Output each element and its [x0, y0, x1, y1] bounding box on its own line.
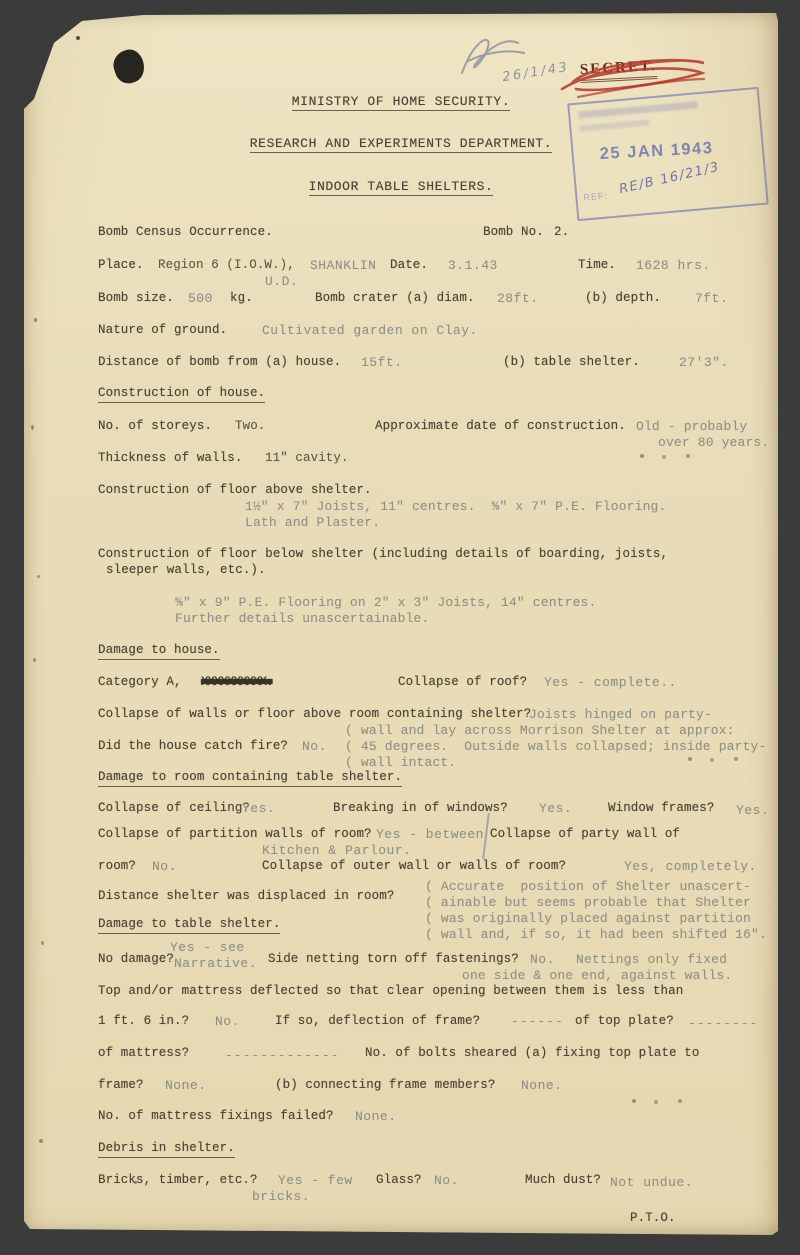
displaced-value: ( was originally placed against partitio… [425, 911, 751, 926]
floor-below-label: sleeper walls, etc.). [106, 563, 266, 578]
category-label: Category A, [98, 675, 182, 690]
glass-label: Glass? [376, 1173, 422, 1188]
date-construction-value: over 80 years. [658, 435, 769, 450]
ministry-title: MINISTRY OF HOME SECURITY. [292, 94, 510, 111]
date-label: Date. [390, 258, 428, 273]
census-label: Bomb Census Occurrence. [98, 225, 273, 240]
margin-speck [37, 575, 40, 578]
date-construction-value: Old - probably [636, 419, 747, 434]
place-value: Region 6 (I.O.W.), [158, 258, 295, 273]
ground-label: Nature of ground. [98, 323, 227, 338]
stamp-faded-line [579, 120, 649, 132]
floor-above-value: Lath and Plaster. [245, 515, 380, 530]
top-plate-label: of top plate? [575, 1014, 674, 1029]
storeys-value: Two. [235, 419, 265, 434]
walls-above-label: Collapse of walls or floor above room co… [98, 707, 531, 722]
margin-speck [41, 941, 44, 945]
section-damage-to-house: Damage to house. [98, 643, 220, 660]
deflect-frame-label: If so, deflection of frame? [275, 1014, 480, 1029]
stray-marks [632, 1099, 636, 1103]
glass-value: No. [434, 1173, 459, 1188]
blank-dashes: ------------- [225, 1048, 339, 1063]
outer-wall-value: Yes, completely. [624, 859, 757, 874]
floor-below-label: Construction of floor below shelter (inc… [98, 547, 668, 562]
bricks-value: bricks. [252, 1189, 310, 1204]
distance-house-value: 15ft. [361, 355, 403, 370]
mattress-label: of mattress? [98, 1046, 189, 1061]
bomb-size-label: Bomb size. [98, 291, 174, 306]
fire-label: Did the house catch fire? [98, 739, 288, 754]
distance-shelter-label: (b) table shelter. [503, 355, 640, 370]
deflect-label: 1 ft. 6 in.? [98, 1014, 189, 1029]
header-row: INDOOR TABLE SHELTERS. [24, 177, 778, 195]
margin-speck [31, 425, 34, 430]
netting-value: Nettings only fixed [576, 952, 727, 967]
depth-value: 7ft. [695, 291, 728, 306]
frames-value: Yes. [736, 803, 769, 818]
section-debris-in-shelter: Debris in shelter. [98, 1141, 235, 1158]
stray-marks [688, 757, 692, 761]
blank-dashes: -------- [688, 1016, 758, 1031]
floor-below-value: ⅝" x 9" P.E. Flooring on 2" x 3" Joists,… [175, 595, 596, 610]
section-construction-of-house: Construction of house. [98, 386, 265, 403]
place-value: U.D. [265, 274, 298, 289]
floor-below-value: Further details unascertainable. [175, 611, 429, 626]
deflect-value: No. [215, 1014, 240, 1029]
stray-marks [640, 454, 644, 458]
ceiling-label: Collapse of ceiling? [98, 801, 250, 816]
fire-value: No. [302, 739, 327, 754]
bomb-no-value: 2. [554, 225, 569, 240]
crater-value: 28ft. [497, 291, 539, 306]
displaced-label: Distance shelter was displaced in room? [98, 889, 394, 904]
document-title: INDOOR TABLE SHELTERS. [309, 179, 494, 196]
fixings-value: None. [355, 1109, 397, 1124]
displaced-value: ( Accurate position of Shelter unascert- [425, 879, 751, 894]
bolts-connect-label: (b) connecting frame members? [275, 1078, 495, 1093]
windows-label: Breaking in of windows? [333, 801, 508, 816]
displaced-value: ( ainable but seems probable that Shelte… [425, 895, 751, 910]
header-row: RESEARCH AND EXPERIMENTS DEPARTMENT. [24, 134, 778, 152]
crater-label: Bomb crater (a) diam. [315, 291, 475, 306]
section-damage-to-shelter: Damage to table shelter. [98, 917, 280, 934]
bricks-label: Bricks, timber, etc.? [98, 1173, 258, 1188]
party-wall-label: Collapse of party wall of [490, 827, 680, 842]
time-value: 1628 hrs. [636, 258, 711, 273]
roof-label: Collapse of roof? [398, 675, 527, 690]
no-damage-label: No damage? [98, 952, 174, 967]
date-value: 3.1.43 [448, 258, 498, 273]
bomb-no-label: Bomb No. [483, 225, 544, 240]
netting-value: No. [530, 952, 555, 967]
partition-value: Kitchen & Parlour. [262, 843, 411, 858]
bolts-frame-label: frame? [98, 1078, 144, 1093]
bolts-frame-value: None. [165, 1078, 207, 1093]
header-row: MINISTRY OF HOME SECURITY. [24, 92, 778, 110]
deflect-label: Top and/or mattress deflected so that cl… [98, 984, 683, 999]
pin-hole [36, 39, 40, 43]
punch-hole [110, 46, 149, 87]
distance-shelter-value: 27'3". [679, 355, 729, 370]
category-struck-word: XXXXXXXXXX. [201, 675, 273, 690]
walls-above-value: Joists hinged on party- [529, 707, 712, 722]
windows-value: Yes. [539, 801, 572, 816]
party-wall-value: No. [152, 859, 177, 874]
paper-sheet: 26/1/43 SECRET. 25 JAN 1943 REF: RE/B 16… [24, 13, 778, 1235]
margin-speck [39, 1139, 43, 1143]
department-title: RESEARCH AND EXPERIMENTS DEPARTMENT. [250, 136, 552, 153]
secret-stamp: SECRET. [580, 58, 658, 83]
distance-label: Distance of bomb from (a) house. [98, 355, 341, 370]
dust-value: Not undue. [610, 1175, 693, 1190]
netting-label: Side netting torn off fastenings? [268, 952, 519, 967]
bolts-connect-value: None. [521, 1078, 563, 1093]
walls-thickness-label: Thickness of walls. [98, 451, 242, 466]
partition-value: Yes - between [376, 827, 484, 842]
pencil-date: 26/1/43 [501, 60, 570, 85]
blank-dashes: ------ [511, 1014, 564, 1029]
ground-value: Cultivated garden on Clay. [262, 323, 478, 338]
date-construction-label: Approximate date of construction. [375, 419, 626, 434]
roof-value: Yes - complete.. [544, 675, 677, 690]
netting-value: one side & one end, against walls. [462, 968, 732, 983]
pto-label: P.T.O. [630, 1211, 676, 1226]
time-label: Time. [578, 258, 616, 273]
place-label: Place. [98, 258, 144, 273]
walls-above-value: ( wall intact. [345, 755, 456, 770]
frames-label: Window frames? [608, 801, 714, 816]
bolts-label: No. of bolts sheared (a) fixing top plat… [365, 1046, 699, 1061]
dust-label: Much dust? [525, 1173, 601, 1188]
bricks-value: Yes - few [278, 1173, 353, 1188]
walls-above-value: ( wall and lay across Morrison Shelter a… [345, 723, 735, 738]
partition-label: Collapse of partition walls of room? [98, 827, 372, 842]
pin-hole [76, 36, 80, 40]
depth-label: (b) depth. [585, 291, 661, 306]
ceiling-value: Yes. [242, 801, 275, 816]
place-value: SHANKLIN [310, 258, 376, 273]
scanned-document: 26/1/43 SECRET. 25 JAN 1943 REF: RE/B 16… [0, 0, 800, 1255]
margin-speck [34, 318, 37, 322]
floor-above-label: Construction of floor above shelter. [98, 483, 372, 498]
walls-thickness-value: 11" cavity. [265, 451, 349, 466]
bomb-size-value: 500 [188, 291, 213, 306]
walls-above-value: ( 45 degrees. Outside walls collapsed; i… [345, 739, 766, 754]
no-damage-value: Yes - see [170, 940, 245, 955]
outer-wall-label: Collapse of outer wall or walls of room? [262, 859, 566, 874]
party-wall-label: room? [98, 859, 136, 874]
section-damage-to-room: Damage to room containing table shelter. [98, 770, 402, 787]
no-damage-value: Narrative. [174, 956, 257, 971]
storeys-label: No. of storeys. [98, 419, 212, 434]
bomb-size-unit: kg. [230, 291, 253, 306]
fixings-label: No. of mattress fixings failed? [98, 1109, 334, 1124]
displaced-value: ( wall and, if so, it had been shifted 1… [425, 927, 767, 942]
floor-above-value: 1½" x 7" Joists, 11" centres. ⅝" x 7" P.… [245, 499, 666, 514]
margin-speck [33, 658, 36, 662]
